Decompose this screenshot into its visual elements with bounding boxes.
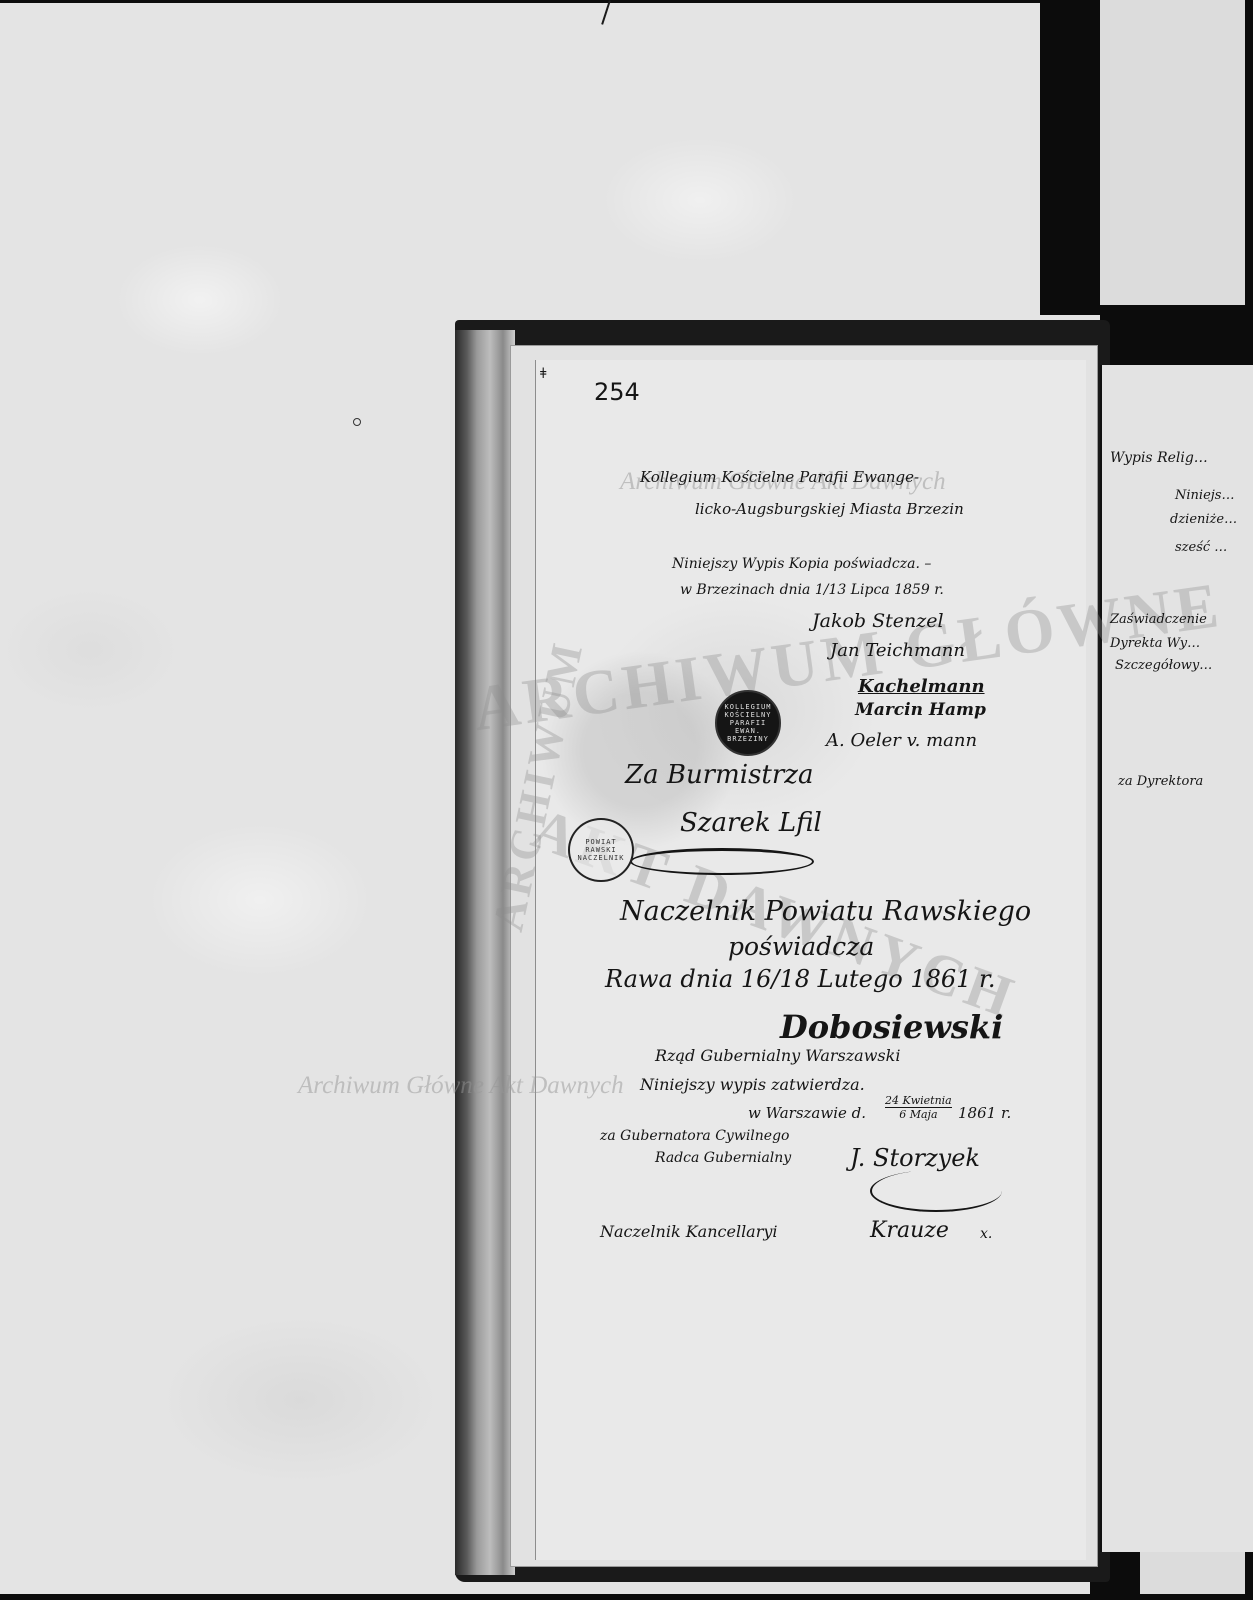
seal-text: KOŚCIELNY: [725, 711, 772, 719]
signature-hamp: Marcin Hamp: [855, 700, 986, 720]
header-line-2: licko-Augsburgskiej Miasta Brzezin: [695, 500, 964, 518]
seal-text: POWIAT: [578, 838, 625, 846]
neighbour-frame-top: [1100, 0, 1245, 305]
speck: [353, 418, 361, 426]
date-numerator: 24 Kwietnia: [885, 1094, 952, 1108]
header-line-1: Kollegium Kościelne Parafii Ewange-: [640, 468, 919, 486]
film-divider-upper: [1040, 0, 1100, 315]
folio-number: 254: [594, 378, 640, 406]
certification-line-1: Niniejszy Wypis Kopia poświadcza. –: [672, 556, 931, 572]
facing-line-1: Wypis Relig…: [1110, 450, 1208, 466]
government-place: w Warszawie d.: [748, 1104, 866, 1122]
for-governor: za Gubernatora Cywilnego: [600, 1128, 789, 1144]
signature-teichmann: Jan Teichmann: [830, 640, 965, 661]
government-date-fraction: 24 Kwietnia 6 Maja: [885, 1094, 952, 1121]
facing-line-2: Niniejs…: [1175, 488, 1234, 503]
film-divider-horizontal: [1100, 305, 1253, 365]
government-year: 1861 r.: [958, 1104, 1011, 1122]
certification-line-2: w Brzezinach dnia 1/13 Lipca 1859 r.: [680, 582, 944, 598]
councillor-flourish: [870, 1170, 1002, 1212]
seal-text: NACZELNIK: [578, 854, 625, 862]
signature-kachelmann: Kachelmann: [858, 676, 985, 697]
chancellery-signature: Krauze: [870, 1218, 949, 1243]
facing-line-8: za Dyrektora: [1118, 774, 1203, 789]
date-denominator: 6 Maja: [885, 1108, 952, 1121]
councillor-label: Radca Gubernialny: [655, 1150, 791, 1166]
margin-mark: ǂ: [540, 366, 546, 382]
chancellery-label: Naczelnik Kancellaryi: [600, 1222, 778, 1241]
film-edge-bottom: [0, 1594, 1253, 1600]
seal-text: BRZEZINY: [725, 735, 772, 743]
parish-seal: KOLLEGIUM KOŚCIELNY PARAFII EWAN. BRZEZI…: [715, 690, 781, 756]
district-place-date: Rawa dnia 16/18 Lutego 1861 r.: [605, 965, 996, 993]
chancellery-mark: x.: [980, 1226, 992, 1242]
district-seal: POWIAT RAWSKI NACZELNIK: [568, 818, 634, 882]
book-spine: [455, 330, 515, 1575]
seal-text: PARAFII: [725, 719, 772, 727]
government-statement: Niniejszy wypis zatwierdza.: [640, 1075, 865, 1094]
seal-text: KOLLEGIUM: [725, 703, 772, 711]
district-signature: Dobosiewski: [780, 1008, 1003, 1046]
mayor-label: Za Burmistrza: [625, 760, 814, 790]
district-title: Naczelnik Powiatu Rawskiego: [620, 896, 1031, 927]
facing-line-3: dzieniże…: [1170, 512, 1237, 527]
signature-stenzel: Jakob Stenzel: [812, 610, 944, 632]
facing-line-7: Szczegółowy…: [1115, 658, 1212, 673]
mayor-signature-flourish: [630, 848, 814, 875]
facing-line-6: Dyrekta Wy…: [1110, 636, 1200, 651]
government-office: Rząd Gubernialny Warszawski: [655, 1046, 900, 1065]
watermark-line-left: Archiwum Główne Akt Dawnych: [298, 1072, 624, 1100]
councillor-signature: J. Storzyek: [850, 1144, 980, 1172]
seal-text: RAWSKI: [578, 846, 625, 854]
seal-text: EWAN.: [725, 727, 772, 735]
mayor-signature: Szarek Lfil: [680, 808, 822, 838]
signature-oeler: A. Oeler v. mann: [826, 730, 977, 751]
facing-line-5: Zaświadczenie: [1110, 612, 1207, 627]
facing-line-4: sześć …: [1175, 540, 1227, 555]
district-verb: poświadcza: [728, 932, 874, 961]
